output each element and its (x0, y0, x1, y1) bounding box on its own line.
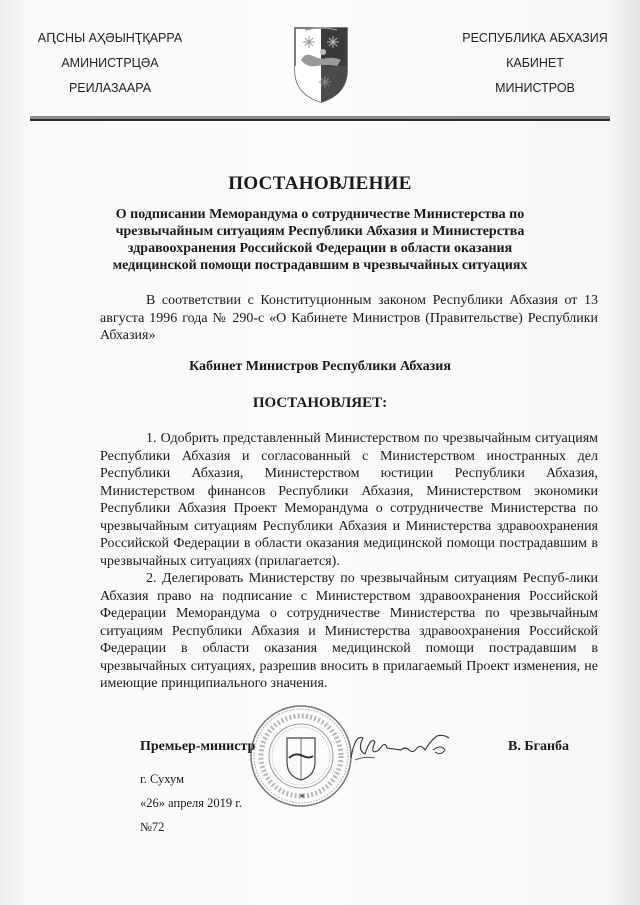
preamble-paragraph: В соответствии с Конституционным законом… (100, 292, 598, 345)
coat-of-arms-icon (291, 24, 351, 104)
official-stamp-icon: ★ (249, 704, 353, 808)
preamble-text: В соответствии с Конституционным законом… (100, 293, 598, 343)
header-abkhaz: АԤСНЫ АҲӘЫНҬҚАРРА АМИНИСТРЦӘА РЕИЛАЗААРА (30, 30, 190, 105)
document-page: АԤСНЫ АҲӘЫНҬҚАРРА АМИНИСТРЦӘА РЕИЛАЗААРА… (0, 0, 640, 905)
decree-item-2-text: 2. Делегировать Министерству по чрезвыча… (100, 571, 598, 691)
signature-icon (345, 728, 465, 768)
decree-heading: ПОСТАНОВЛЯЕТ: (0, 395, 640, 412)
signatory-title: Премьер-министр (140, 739, 255, 755)
document-number: №72 (140, 820, 164, 835)
decree-items: 1. Одобрить представленный Министерством… (100, 430, 598, 693)
svg-text:★: ★ (299, 792, 305, 800)
header-divider-thin (30, 119, 610, 121)
signatory-name: В. Бганба (508, 739, 569, 755)
place: г. Сухум (140, 772, 184, 787)
cabinet-heading: Кабинет Министров Республики Абхазия (0, 359, 640, 375)
header-russian: РЕСПУБЛИКА АБХАЗИЯ КАБИНЕТ МИНИСТРОВ (450, 30, 620, 105)
header-left-line-3: РЕИЛАЗААРА (30, 80, 190, 105)
header-left-line-2: АМИНИСТРЦӘА (30, 55, 190, 80)
header-right-line-2: КАБИНЕТ (450, 55, 620, 80)
header-right-line-1: РЕСПУБЛИКА АБХАЗИЯ (450, 30, 620, 55)
date: «26» апреля 2019 г. (140, 796, 242, 811)
document-title: ПОСТАНОВЛЕНИЕ (0, 173, 640, 195)
document-subtitle: О подписании Меморандума о сотрудничеств… (90, 206, 550, 274)
header-left-line-1: АԤСНЫ АҲӘЫНҬҚАРРА (30, 30, 190, 55)
decree-item-1: 1. Одобрить представленный Министерством… (100, 430, 598, 570)
header-right-line-3: МИНИСТРОВ (450, 80, 620, 105)
decree-item-2: 2. Делегировать Министерству по чрезвыча… (100, 570, 598, 693)
decree-item-1-text: 1. Одобрить представленный Министерством… (100, 431, 598, 569)
